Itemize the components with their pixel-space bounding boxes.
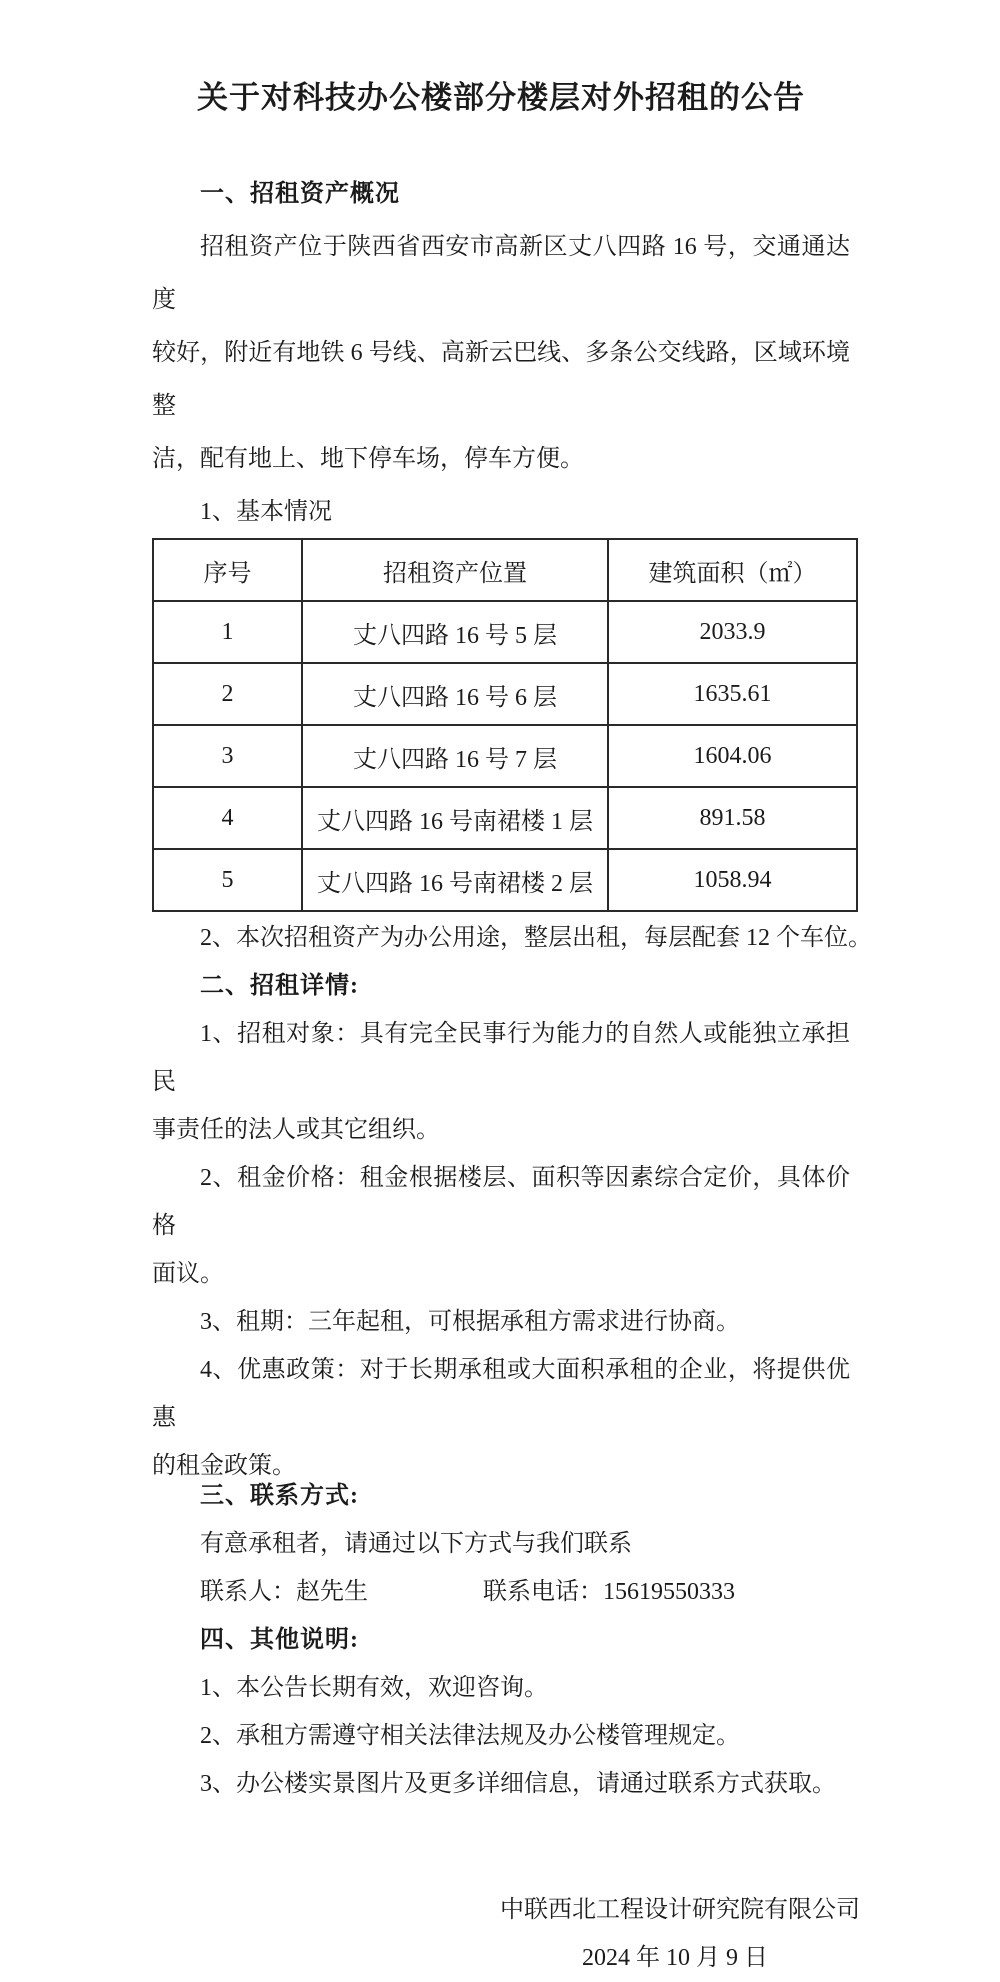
table-row: 1 丈八四路 16 号 5 层 2033.9 [153,601,857,663]
cell-location: 丈八四路 16 号 7 层 [302,725,608,787]
section4-item: 2、承租方需遵守相关法律法规及办公楼管理规定。 [152,1712,850,1760]
section2-item-line: 4、优惠政策：对于长期承租或大面积承租的企业，将提供优惠 [152,1346,850,1442]
section1-paragraph-line: 招租资产位于陕西省西安市高新区丈八四路 16 号，交通通达度 [152,221,850,327]
contact-phone: 联系电话：15619550333 [483,1568,735,1616]
cell-area: 1635.61 [608,663,857,725]
section2-item-line: 2、租金价格：租金根据楼层、面积等因素综合定价，具体价格 [152,1154,850,1250]
cell-no: 2 [153,663,302,725]
section1-note: 2、本次招租资产为办公用途，整层出租，每层配套 12 个车位。 [152,914,850,962]
signature-date: 2024 年 10 月 9 日 [500,1934,850,1982]
cell-no: 1 [153,601,302,663]
table-header-row: 序号 招租资产位置 建筑面积（㎡） [153,539,857,601]
table-row: 5 丈八四路 16 号南裙楼 2 层 1058.94 [153,849,857,911]
section1-paragraph-line: 较好，附近有地铁 6 号线、高新云巴线、多条公交线路，区域环境整 [152,327,850,433]
section2-item-line: 1、招租对象：具有完全民事行为能力的自然人或能独立承担民 [152,1010,850,1106]
cell-location: 丈八四路 16 号 5 层 [302,601,608,663]
table-row: 3 丈八四路 16 号 7 层 1604.06 [153,725,857,787]
section1-heading: 一、招租资产概况 [152,168,850,221]
signature-block: 中联西北工程设计研究院有限公司 2024 年 10 月 9 日 [500,1886,850,1982]
announcement-document: 关于对科技办公楼部分楼层对外招租的公告 一、招租资产概况 招租资产位于陕西省西安… [0,0,1000,1982]
cell-no: 4 [153,787,302,849]
cell-location: 丈八四路 16 号南裙楼 1 层 [302,787,608,849]
contact-row: 联系人：赵先生 联系电话：15619550333 [152,1568,850,1616]
cell-area: 1604.06 [608,725,857,787]
section2-item-line: 3、租期：三年起租，可根据承租方需求进行协商。 [152,1298,850,1346]
section3-heading: 三、联系方式: [152,1472,850,1520]
signature-company: 中联西北工程设计研究院有限公司 [500,1886,850,1934]
cell-location: 丈八四路 16 号南裙楼 2 层 [302,849,608,911]
header-cell-location: 招租资产位置 [302,539,608,601]
document-page: { "page": { "title": "关于对科技办公楼部分楼层对外招租的公… [0,0,1000,1810]
section4-item: 3、办公楼实景图片及更多详细信息，请通过联系方式获取。 [152,1760,850,1808]
cell-location: 丈八四路 16 号 6 层 [302,663,608,725]
cell-no: 3 [153,725,302,787]
section4-heading: 四、其他说明: [152,1616,850,1664]
section2-item-line: 面议。 [152,1250,850,1298]
header-cell-no: 序号 [153,539,302,601]
header-cell-area: 建筑面积（㎡） [608,539,857,601]
section2-heading: 二、招租详情: [152,962,850,1010]
rental-assets-table: 序号 招租资产位置 建筑面积（㎡） 1 丈八四路 16 号 5 层 2033.9… [152,538,858,912]
cell-no: 5 [153,849,302,911]
section1-paragraph-line: 洁，配有地上、地下停车场，停车方便。 [152,433,850,486]
cell-area: 891.58 [608,787,857,849]
page-title: 关于对科技办公楼部分楼层对外招租的公告 [152,70,850,126]
cell-area: 2033.9 [608,601,857,663]
contact-gap-spacer [368,1568,483,1616]
table-row: 2 丈八四路 16 号 6 层 1635.61 [153,663,857,725]
contact-person: 联系人：赵先生 [152,1568,368,1616]
section4-item: 1、本公告长期有效，欢迎咨询。 [152,1664,850,1712]
cell-area: 1058.94 [608,849,857,911]
section3-intro: 有意承租者，请通过以下方式与我们联系 [152,1520,850,1568]
section2-item-line: 事责任的法人或其它组织。 [152,1106,850,1154]
table-row: 4 丈八四路 16 号南裙楼 1 层 891.58 [153,787,857,849]
section1-sub-heading: 1、基本情况 [152,486,850,539]
